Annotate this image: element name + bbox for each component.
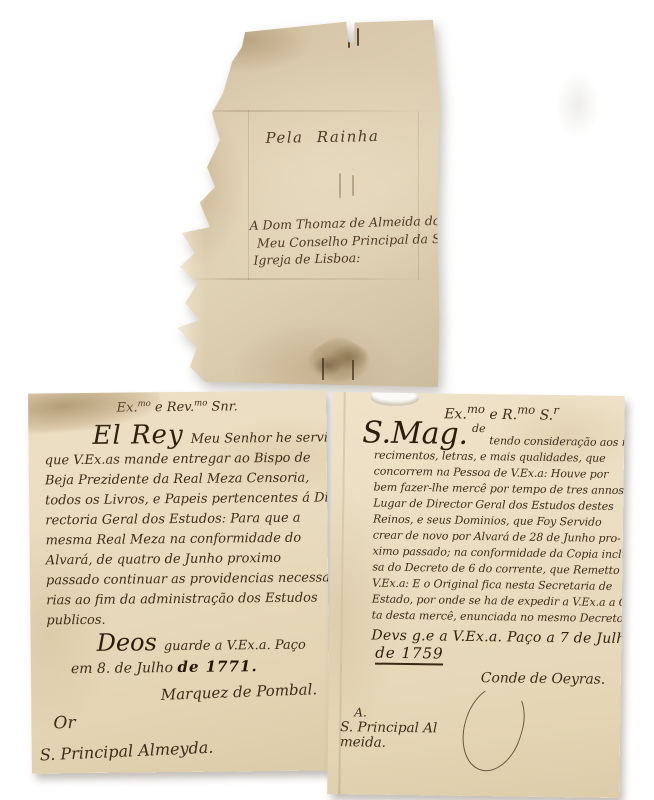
salutation-superscript: r bbox=[553, 403, 559, 417]
paper-slit bbox=[357, 28, 359, 46]
date-line: em 8. de Julho de 1771. bbox=[71, 655, 327, 679]
fold-crease bbox=[189, 278, 436, 280]
signature-flourish bbox=[453, 677, 534, 778]
wrapper-paper: Pela Rainha A Dom Thomaz de Almeida do M… bbox=[176, 18, 442, 390]
addressee-note: A. S. Principal Al meida. bbox=[340, 705, 438, 751]
background-smudge bbox=[548, 60, 608, 150]
date-year: de 1771. bbox=[177, 657, 257, 676]
date-year: de 1759 bbox=[375, 643, 444, 665]
signature-pombal: Marquez de Pombal. bbox=[47, 679, 328, 709]
salutation-superscript: mo bbox=[467, 402, 485, 416]
body-line: ta desta mercê, enunciada no mesmo Decre… bbox=[372, 607, 620, 626]
opening-superscript: de bbox=[472, 421, 486, 437]
opening-words: El Rey bbox=[92, 425, 183, 446]
docket-mark: Or bbox=[53, 713, 75, 733]
salutation-text: S. bbox=[535, 407, 553, 423]
opening-line: S.Mag.de tendo consideração aos me- bbox=[362, 425, 622, 451]
body-line: rias ao fim da administração dos Estudos bbox=[46, 588, 326, 611]
body-line: mesma Real Meza na conformidade do bbox=[45, 528, 325, 551]
opening-line: El Rey Meu Senhor he servido, bbox=[92, 423, 324, 450]
paper-slit bbox=[322, 358, 324, 380]
valediction-line: Deos guarde a V.Ex.a. Paço bbox=[97, 630, 327, 657]
letter-pombal: Ex.mo e Rev.mo Snr. El Rey Meu Senhor he… bbox=[28, 390, 330, 773]
letter-oeyras: Ex.mo e R.mo S.r S.Mag.de tendo consider… bbox=[327, 392, 625, 798]
addressee-note: S. Principal Almeyda. bbox=[39, 738, 213, 765]
addressee-line: meida. bbox=[340, 735, 437, 751]
paper-slit bbox=[352, 175, 354, 196]
date-line-text: em 8. de Julho bbox=[71, 660, 178, 677]
letter-body: El Rey Meu Senhor he servido, que V.Ex.a… bbox=[28, 413, 329, 705]
paper-slit bbox=[352, 360, 354, 380]
wrapper-address-block: A Dom Thomaz de Almeida do Meu Conselho … bbox=[249, 211, 469, 269]
salutation-text: e R. bbox=[485, 407, 517, 423]
body-line: publicos. bbox=[46, 608, 326, 631]
royal-wrapper-document: Pela Rainha A Dom Thomaz de Almeida do M… bbox=[176, 18, 442, 390]
paper-chip bbox=[371, 392, 419, 406]
salutation-text: Snr. bbox=[207, 399, 237, 414]
fold-crease bbox=[189, 110, 436, 112]
paper-slit bbox=[339, 173, 341, 198]
signature-oeyras: Conde de Oeyras. bbox=[481, 670, 619, 688]
opening-rest: Meu Senhor he servido, bbox=[191, 428, 330, 450]
salutation-superscript: mo bbox=[194, 398, 207, 408]
letter-body: S.Mag.de tendo consideração aos me- reci… bbox=[329, 421, 625, 688]
salutation-superscript: mo bbox=[517, 403, 535, 417]
photograph: Pela Rainha A Dom Thomaz de Almeida do M… bbox=[0, 0, 654, 800]
date-line: de 1759 bbox=[375, 644, 619, 663]
paper-slit bbox=[348, 25, 350, 48]
opening-rest: tendo consideração aos me- bbox=[489, 433, 625, 451]
valediction-rest: guarde a V.Ex.a. Paço bbox=[164, 636, 306, 657]
torn-edge-highlight bbox=[176, 18, 206, 390]
valediction-big-word: Deos bbox=[97, 632, 157, 653]
opening-words: S.Mag. bbox=[362, 425, 468, 442]
wax-seal-stain bbox=[304, 334, 374, 386]
wrapper-superscription: Pela Rainha bbox=[240, 127, 405, 148]
